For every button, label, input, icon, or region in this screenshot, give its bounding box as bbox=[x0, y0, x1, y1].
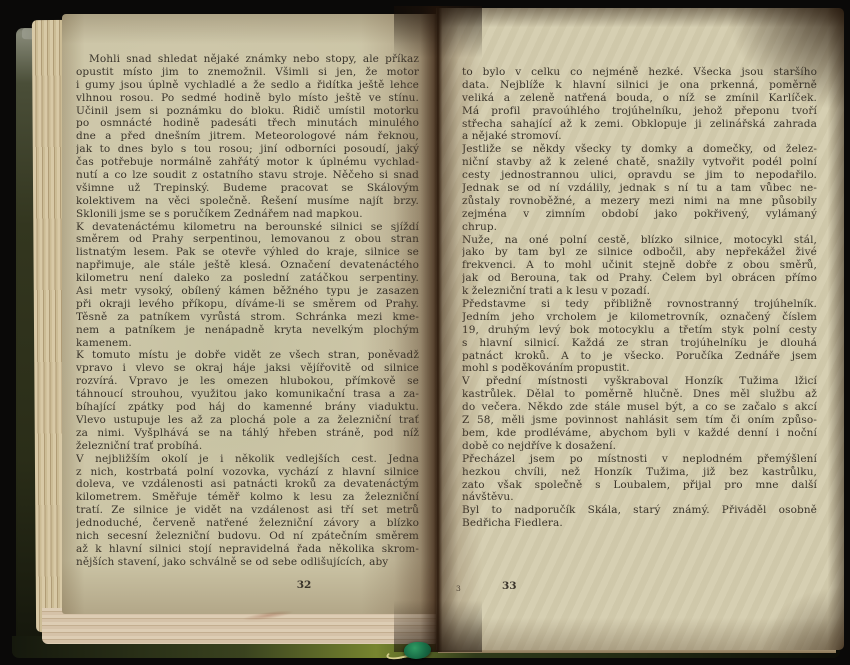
text-line: hezkou chvíli, než Honzík Tužima, již be… bbox=[462, 466, 817, 479]
text-line: návštěvu. bbox=[462, 491, 817, 504]
text-line: data. Nejblíže k hlavní silnici je ona p… bbox=[462, 79, 817, 92]
text-line: Bedřicha Fiedlera. bbox=[462, 517, 817, 530]
text-line: nutí a co lze soudit z ostatního stavu s… bbox=[76, 169, 419, 182]
text-line: kilometru není daleko za poslední zatáčk… bbox=[76, 272, 419, 285]
text-line: to bylo v celku co nejméně hezké. Všecka… bbox=[462, 66, 817, 79]
text-line: Jedním jeho vrcholem je kilometrovník, o… bbox=[462, 311, 817, 324]
text-line: Přecházel jsem po místnosti v neplodném … bbox=[462, 453, 817, 466]
left-page: Mohli snad shledat nějaké známky nebo st… bbox=[62, 14, 436, 614]
text-line: V nejbližším okolí je i několik vedlejší… bbox=[76, 453, 419, 466]
text-line: nich secesní železniční budovu. Od ní zp… bbox=[76, 530, 419, 543]
text-line: Byl to nadporučík Skála, starý známý. Př… bbox=[462, 504, 817, 517]
text-line: vlhnou rosou. Po sedmé hodině bylo místo… bbox=[76, 92, 419, 105]
right-page-text-block: to bylo v celku co nejméně hezké. Všecka… bbox=[462, 66, 817, 530]
text-line: rozvírá. Vpravo je les omezen hlubokou, … bbox=[76, 375, 419, 388]
text-line: nějších stavení, jako schválně se od seb… bbox=[76, 556, 419, 569]
text-line: patnáct kroků. A to je všecko. Poručíka … bbox=[462, 350, 817, 363]
text-line: železniční trať probíhá. bbox=[76, 440, 419, 453]
text-line: vpravo i vlevo se okraj háje jaksi vějíř… bbox=[76, 362, 419, 375]
text-line: Jednak se od ní vzdálily, jednak s ní tu… bbox=[462, 182, 817, 195]
book-photo-scene: Mohli snad shledat nějaké známky nebo st… bbox=[0, 0, 850, 665]
text-line: kilometrem. Směřuje téměř kolmo k lesu z… bbox=[76, 491, 419, 504]
text-line: kastrůlek. Dělal to poměrně hlučně. Dnes… bbox=[462, 388, 817, 401]
text-line: čas potřebuje normálně zahřátý motor k ú… bbox=[76, 156, 419, 169]
text-line: kolektivem na věci společně. Řešení musí… bbox=[76, 195, 419, 208]
text-line: chrup. bbox=[462, 221, 817, 234]
text-line: zejména v zimním období jako pokřivený, … bbox=[462, 208, 817, 221]
text-line: Má profil pravoúhlého trojúhelníku, jeho… bbox=[462, 105, 817, 118]
text-line: Vlevo ustupuje les až za plochá pole a z… bbox=[76, 414, 419, 427]
text-line: Představme si tedy přibližně rovnostrann… bbox=[462, 298, 817, 311]
text-line: při okraji levého příkopu, díváme-li se … bbox=[76, 298, 419, 311]
text-line: kamenem. bbox=[76, 337, 419, 350]
text-line: i gumy jsou úplně vychladlé a že sedlo a… bbox=[76, 79, 419, 92]
text-line: jednoduché, červeně natřené železniční z… bbox=[76, 517, 419, 530]
text-line: Asi metr vysoký, obílený kámen běžného t… bbox=[76, 285, 419, 298]
text-line: bíhající zpátky pod háj do kamenné brány… bbox=[76, 401, 419, 414]
text-line: jak od Berouna, tak od Prahy. Čelem byl … bbox=[462, 272, 817, 285]
text-line: Mohli snad shledat nějaké známky nebo st… bbox=[76, 53, 419, 66]
text-line: jako by tam byl ze silnice odbočil, aby … bbox=[462, 246, 817, 259]
text-line: a nějaké stromoví. bbox=[462, 130, 817, 143]
text-line: mohl s poděkováním propustit. bbox=[462, 362, 817, 375]
text-line: Učinil jsem si poznámku do bloku. Řidič … bbox=[76, 105, 419, 118]
text-line: bem, kde prodléváme, abychom byli v každ… bbox=[462, 427, 817, 440]
left-page-text-block: Mohli snad shledat nějaké známky nebo st… bbox=[76, 53, 419, 569]
text-line: jak to dnes bylo s tou rosou; jiní odbor… bbox=[76, 143, 419, 156]
text-line: opustit místo jim to znemožnil. Všimli s… bbox=[76, 66, 419, 79]
right-page: to bylo v celku co nejméně hezké. Všecka… bbox=[436, 8, 844, 650]
text-line: listnatým lesem. Pak se otevře výhled do… bbox=[76, 246, 419, 259]
text-line: Těsně za patníkem vyrůstá strom. Schránk… bbox=[76, 311, 419, 324]
left-page-number: 32 bbox=[284, 579, 324, 591]
text-line: všimne už Trepinský. Budeme pracovat se … bbox=[76, 182, 419, 195]
text-line: směrem od Prahy serpentinou, lemovanou z… bbox=[76, 233, 419, 246]
text-line: k železniční trati a k lesu v pozadí. bbox=[462, 285, 817, 298]
text-line: doleva, ve vzdálenosti asi patnácti krok… bbox=[76, 478, 419, 491]
text-line: až k hlavní silnici stojí nepravidelná ř… bbox=[76, 543, 419, 556]
text-line: 19, druhým levý bok motocyklu a třetím s… bbox=[462, 324, 817, 337]
text-line: niční stavby až k zelené chatě, snažily … bbox=[462, 156, 817, 169]
text-line: táhnoucí strouhou, využitou jako komunik… bbox=[76, 388, 419, 401]
text-line: s hlavní silnicí. Každá ze stran trojúhe… bbox=[462, 337, 817, 350]
bookmark-knot bbox=[404, 642, 431, 659]
right-page-number: 33 bbox=[502, 580, 517, 592]
text-line: zůstaly rovnoběžné, a mezery mezi nimi n… bbox=[462, 195, 817, 208]
text-line: V přední místnosti vyškraboval Honzík Tu… bbox=[462, 375, 817, 388]
text-line: z nich, kostrbatá polní vozovka, vychází… bbox=[76, 466, 419, 479]
text-line: době co nejdříve k dosažení. bbox=[462, 440, 817, 453]
text-line: Jestliže se někdy všecky ty domky a dome… bbox=[462, 143, 817, 156]
text-line: za nimi. Vyšplhává se na táhlý hřeben st… bbox=[76, 427, 419, 440]
bookmark bbox=[384, 638, 442, 664]
text-line: K tomuto místu je dobře vidět ze všech s… bbox=[76, 349, 419, 362]
signature-mark: 3 bbox=[456, 584, 461, 593]
text-line: Nuže, na oné polní cestě, blízko silnice… bbox=[462, 234, 817, 247]
text-line: K devatenáctému kilometru na berounské s… bbox=[76, 221, 419, 234]
text-line: Sklonili jsme se s poručíkem Zednářem na… bbox=[76, 208, 419, 221]
text-line: napřimuje, ale stále ještě klesá. Označe… bbox=[76, 259, 419, 272]
text-line: Z 58, měli jsme povinnost nahlásit sem t… bbox=[462, 414, 817, 427]
text-line: tratí. Ze silnice je vidět na vzdálenost… bbox=[76, 504, 419, 517]
text-line: veliká a zeleně natřená bouda, o níž se … bbox=[462, 92, 817, 105]
text-line: dne a před dnešním jitrem. Meteorologové… bbox=[76, 130, 419, 143]
text-line: frekvenci. A to mohl učinit stejně dobře… bbox=[462, 259, 817, 272]
text-line: po osmnácté hodině padesáti třech minutá… bbox=[76, 117, 419, 130]
text-line: do večera. Někdo zde stále musel být, a … bbox=[462, 401, 817, 414]
text-line: střecha sahající až k zemi. Obklopuje ji… bbox=[462, 118, 817, 131]
text-line: cesty jednostrannou ulici, opravdu se ji… bbox=[462, 169, 817, 182]
text-line: zato však společně s Loubalem, přijal pr… bbox=[462, 479, 817, 492]
text-line: nem a patníkem je nenápadně kryta nevelk… bbox=[76, 324, 419, 337]
